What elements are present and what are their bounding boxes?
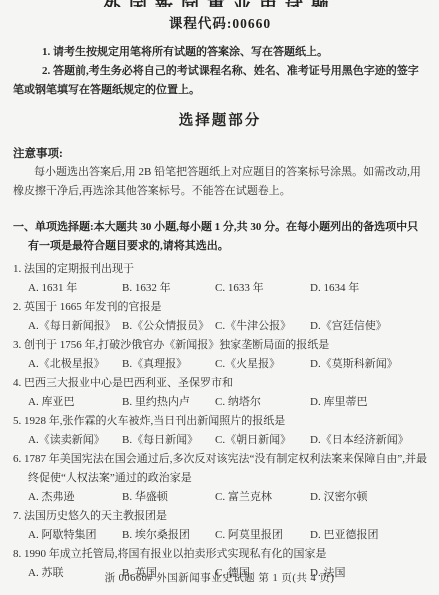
option-a: A. 库亚巴 <box>28 393 122 412</box>
question-4: 4. 巴西三大报业中心是巴西利亚、圣保罗市和 A. 库亚巴 B. 里约热内卢 C… <box>13 374 427 412</box>
cutoff-exam-title-text: 外国新闻事业史试题 <box>103 0 337 7</box>
option-c: C.《朝日新闻》 <box>215 431 310 450</box>
section-title: 选择题部分 <box>13 109 427 130</box>
option-b: B.《真理报》 <box>122 355 215 374</box>
exam-instruction-2: 2. 答题前,考生务必将自己的考试课程名称、姓名、准考证号用黑色字迹的签字笔或钢… <box>13 62 427 100</box>
question-2: 2. 英国于 1665 年发刊的官报是 A.《每日新闻报》 B.《公众情报员》 … <box>13 298 427 336</box>
option-d: D. 巴亚德报团 <box>310 526 427 545</box>
option-c: C.《火星报》 <box>215 355 310 374</box>
option-d: D.《莫斯科新闻》 <box>310 355 427 374</box>
question-stem: 6. 1787 年美国宪法在国会通过后,多次反对该宪法“没有制定权利法案来保障自… <box>13 450 427 488</box>
option-d: D. 库里蒂巴 <box>310 393 427 412</box>
question-stem: 7. 法国历史悠久的天主教报团是 <box>13 507 427 526</box>
exam-instruction-1: 1. 请考生按规定用笔将所有试题的答案涂、写在答题纸上。 <box>13 43 427 62</box>
option-d: D.《宫廷信使》 <box>310 317 427 336</box>
option-b: B.《每日新闻》 <box>122 431 215 450</box>
question-options: A.《北极星报》 B.《真理报》 C.《火星报》 D.《莫斯科新闻》 <box>28 355 427 374</box>
option-d: D.《日本经济新闻》 <box>310 431 427 450</box>
question-options: A.《读卖新闻》 B.《每日新闻》 C.《朝日新闻》 D.《日本经济新闻》 <box>28 431 427 450</box>
question-stem: 5. 1928 年,张作霖的火车被炸,当日刊出新闻照片的报纸是 <box>13 412 427 431</box>
option-b: B. 1632 年 <box>122 279 215 298</box>
question-options: A. 库亚巴 B. 里约热内卢 C. 纳塔尔 D. 库里蒂巴 <box>28 393 427 412</box>
option-a: A.《读卖新闻》 <box>28 431 122 450</box>
option-a: A. 阿歇特集团 <box>28 526 122 545</box>
question-stem: 3. 创刊于 1756 年,打破沙俄官办《新闻报》独家垄断局面的报纸是 <box>13 336 427 355</box>
question-options: A. 杰弗逊 B. 华盛顿 C. 富兰克林 D. 汉密尔顿 <box>28 488 427 507</box>
option-b: B. 里约热内卢 <box>122 393 215 412</box>
question-options: A. 阿歇特集团 B. 埃尔桑报团 C. 阿莫里报团 D. 巴亚德报团 <box>28 526 427 545</box>
part-one-heading: 一、单项选择题:本大题共 30 小题,每小题 1 分,共 30 分。在每小题列出… <box>13 218 427 256</box>
question-stem: 8. 1990 年成立托管局,将国有报业以拍卖形式实现私有化的国家是 <box>13 545 427 564</box>
option-a: A. 杰弗逊 <box>28 488 122 507</box>
question-stem: 2. 英国于 1665 年发刊的官报是 <box>13 298 427 317</box>
option-c: C. 纳塔尔 <box>215 393 310 412</box>
question-options: A.《每日新闻报》 B.《公众情报员》 C.《牛津公报》 D.《宫廷信使》 <box>28 317 427 336</box>
notice-heading: 注意事项: <box>13 145 427 161</box>
option-a: A.《每日新闻报》 <box>28 317 122 336</box>
question-7: 7. 法国历史悠久的天主教报团是 A. 阿歇特集团 B. 埃尔桑报团 C. 阿莫… <box>13 507 427 545</box>
question-3: 3. 创刊于 1756 年,打破沙俄官办《新闻报》独家垄断局面的报纸是 A.《北… <box>13 336 427 374</box>
question-list: 1. 法国的定期报刊出现于 A. 1631 年 B. 1632 年 C. 163… <box>13 260 427 583</box>
option-b: B.《公众情报员》 <box>122 317 215 336</box>
option-d: D. 汉密尔顿 <box>310 488 427 507</box>
option-b: B. 华盛顿 <box>122 488 215 507</box>
option-a: A. 1631 年 <box>28 279 122 298</box>
course-code: 课程代码:00660 <box>13 12 427 32</box>
option-d: D. 1634 年 <box>310 279 427 298</box>
question-5: 5. 1928 年,张作霖的火车被炸,当日刊出新闻照片的报纸是 A.《读卖新闻》… <box>13 412 427 450</box>
option-b: B. 埃尔桑报团 <box>122 526 215 545</box>
option-c: C. 阿莫里报团 <box>215 526 310 545</box>
exam-paper-page: 外国新闻事业史试题 课程代码:00660 1. 请考生按规定用笔将所有试题的答案… <box>0 0 439 595</box>
question-1: 1. 法国的定期报刊出现于 A. 1631 年 B. 1632 年 C. 163… <box>13 260 427 298</box>
question-stem: 4. 巴西三大报业中心是巴西利亚、圣保罗市和 <box>13 374 427 393</box>
question-options: A. 1631 年 B. 1632 年 C. 1633 年 D. 1634 年 <box>28 279 427 298</box>
cutoff-exam-title: 外国新闻事业史试题 <box>13 0 427 7</box>
page-footer: 浙 00660# 外国新闻事业史试题 第 1 页(共 4 页) <box>0 570 439 585</box>
question-stem: 1. 法国的定期报刊出现于 <box>13 260 427 279</box>
notice-body: 每小题选出答案后,用 2B 铅笔把答题纸上对应题目的答案标号涂黑。如需改动,用橡… <box>13 163 427 201</box>
option-c: C.《牛津公报》 <box>215 317 310 336</box>
option-c: C. 富兰克林 <box>215 488 310 507</box>
option-c: C. 1633 年 <box>215 279 310 298</box>
question-6: 6. 1787 年美国宪法在国会通过后,多次反对该宪法“没有制定权利法案来保障自… <box>13 450 427 507</box>
option-a: A.《北极星报》 <box>28 355 122 374</box>
